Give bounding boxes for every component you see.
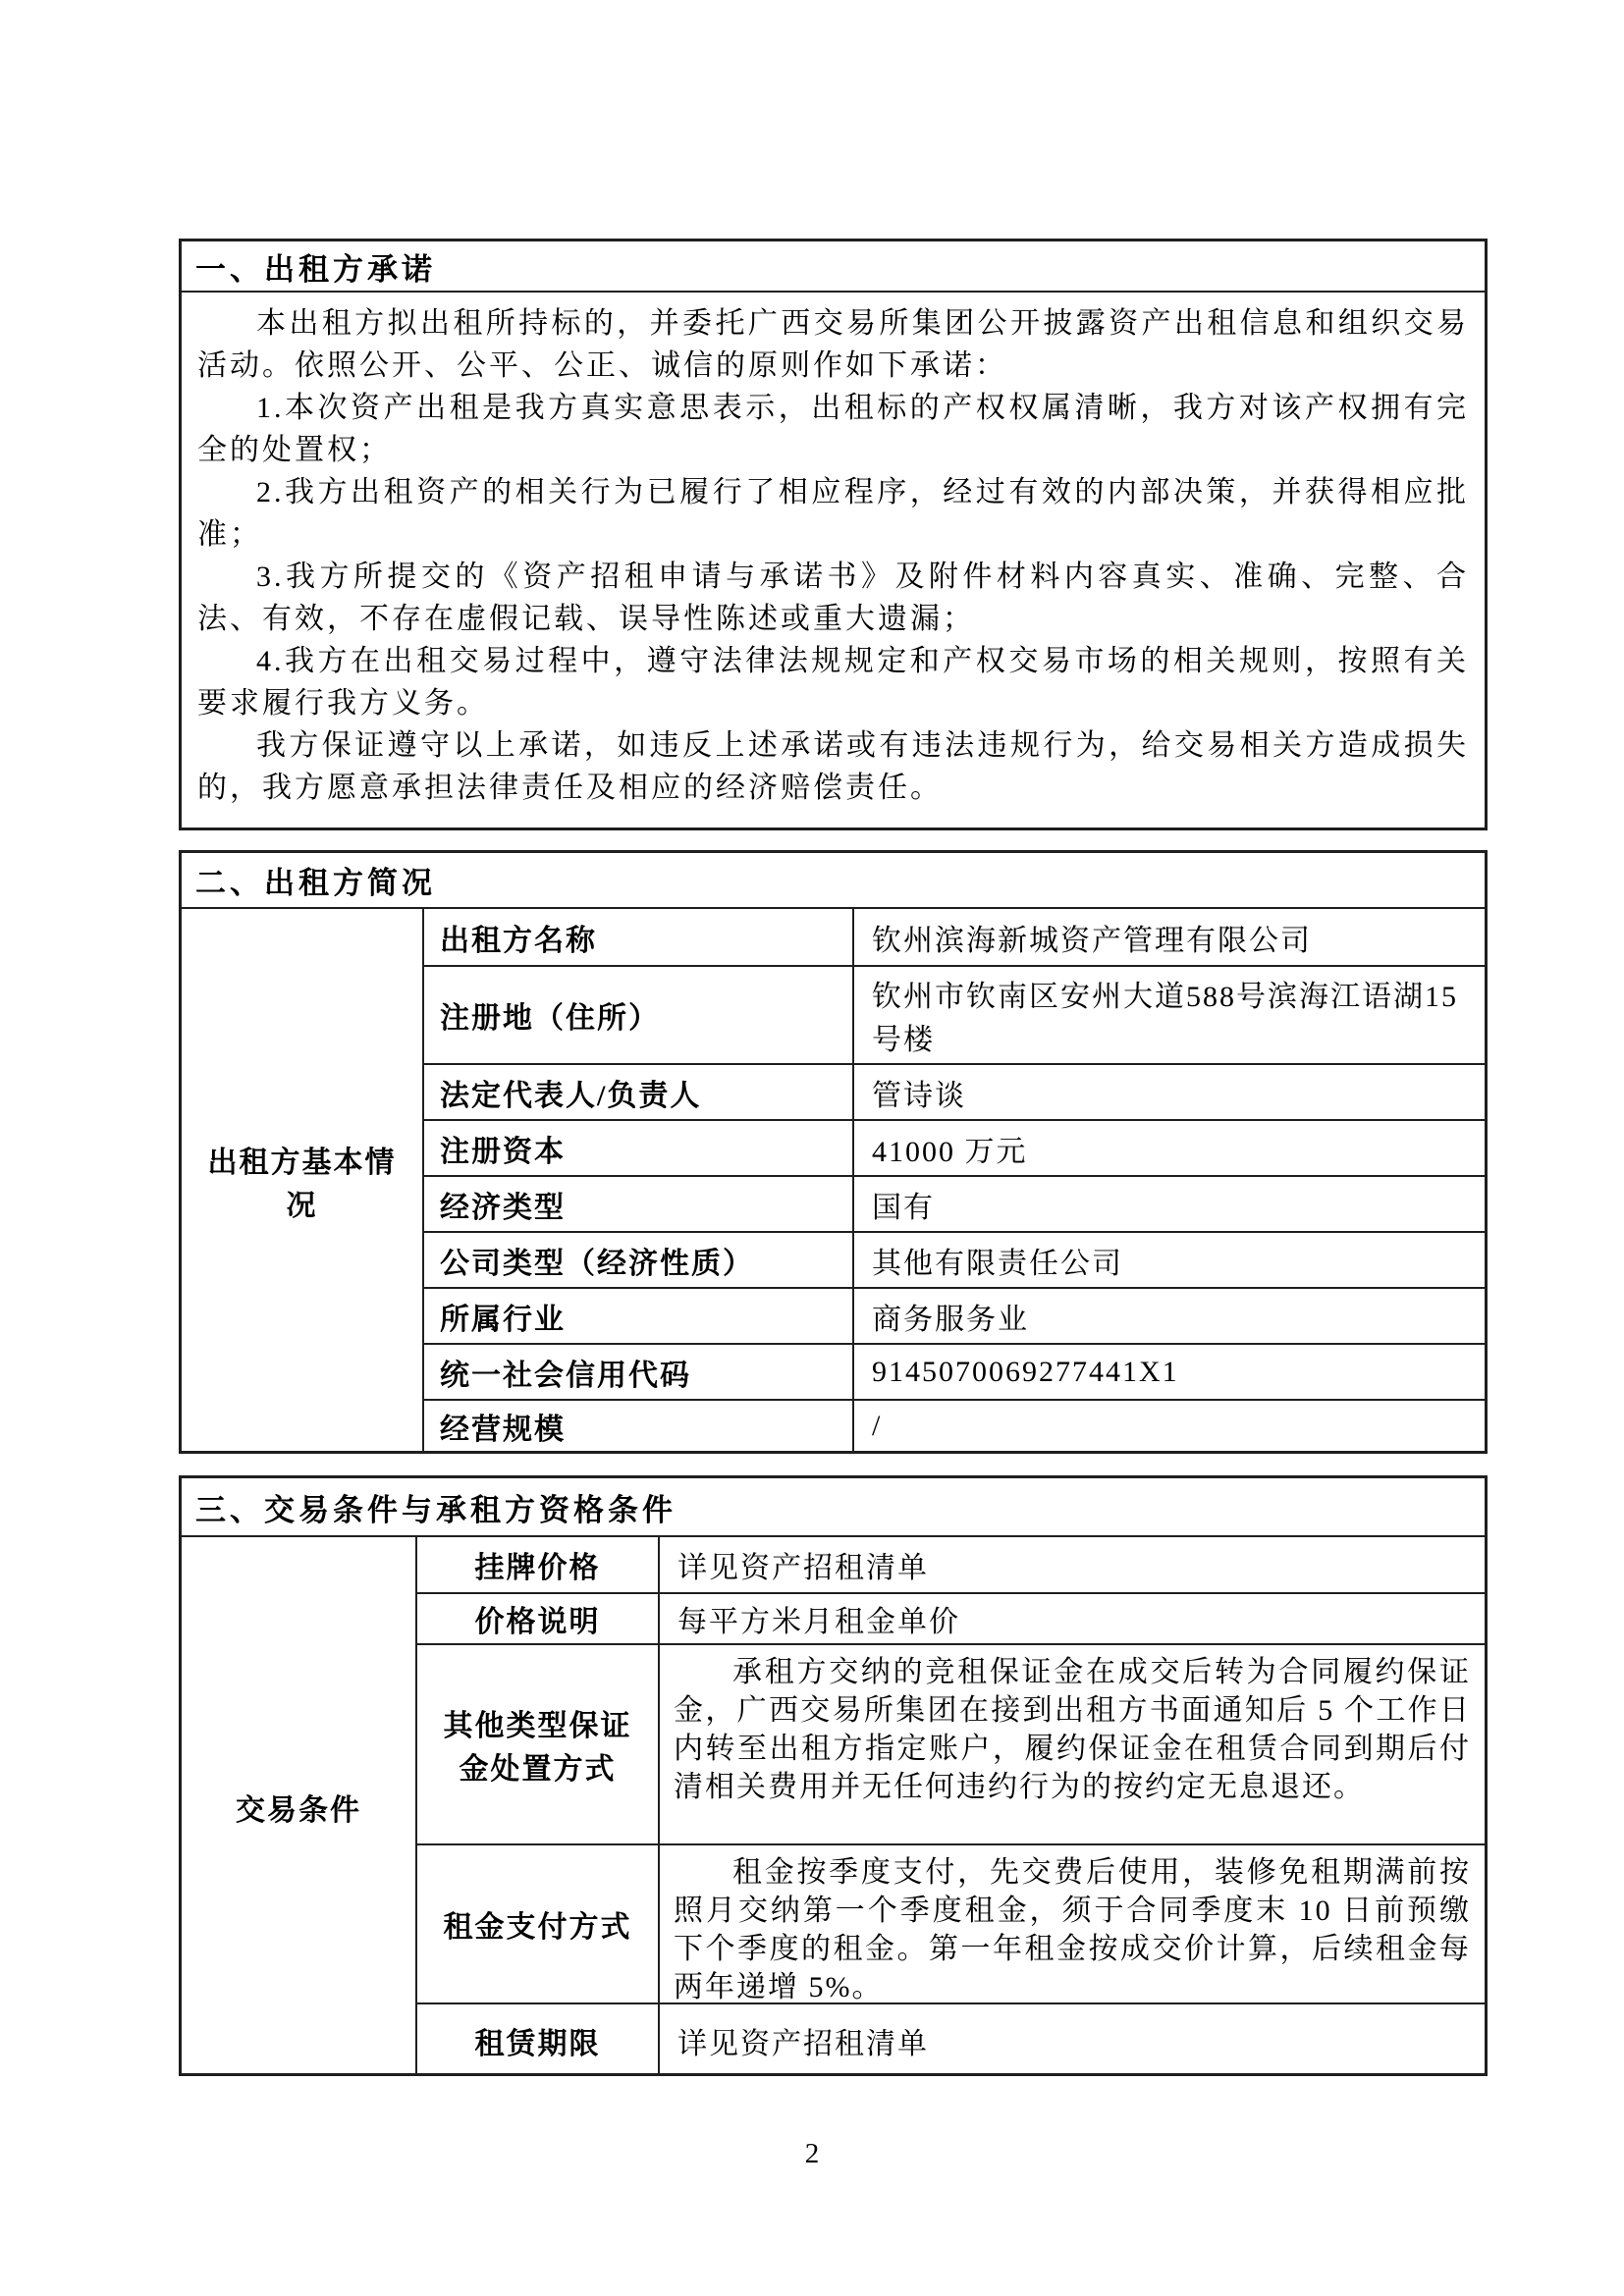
table-row-label: 挂牌价格 — [415, 1537, 658, 1592]
section1-title: 一、出租方承诺 — [182, 241, 1485, 293]
table-row-label: 经营规模 — [422, 1399, 852, 1452]
commitment-paragraph: 1.本次资产出租是我方真实意思表示，出租标的产权权属清晰，我方对该产权拥有完全的… — [197, 387, 1469, 471]
table-row-value: 9145070069277441X1 — [852, 1343, 1485, 1399]
table-row-label: 出租方名称 — [422, 909, 852, 965]
table-row-value: 租金按季度支付，先交费后使用，装修免租期满前按照月交纳第一个季度租金，须于合同季… — [658, 1843, 1485, 2002]
table-row-label: 注册地（住所） — [422, 965, 852, 1063]
commitment-text: 本出租方拟出租所持标的，并委托广西交易所集团公开披露资产出租信息和组织交易活动。… — [182, 293, 1485, 809]
transaction-conditions-table: 交易条件 挂牌价格 详见资产招租清单 价格说明 每平方米月租金单价 其他类型保证… — [182, 1537, 1485, 2076]
table-row-value: 管诗谈 — [852, 1063, 1485, 1119]
commitment-paragraph: 我方保证遵守以上承诺，如违反上述承诺或有违法违规行为，给交易相关方造成损失的，我… — [197, 724, 1469, 809]
lessor-profile-table: 出租方基本情况 出租方名称 钦州滨海新城资产管理有限公司 注册地（住所） 钦州市… — [182, 909, 1485, 1452]
transaction-conditions-section: 三、交易条件与承租方资格条件 交易条件 挂牌价格 详见资产招租清单 价格说明 每… — [179, 1475, 1488, 2076]
table-row-label: 注册资本 — [422, 1119, 852, 1175]
table-row-label: 公司类型（经济性质） — [422, 1231, 852, 1287]
table-row-value: 钦州滨海新城资产管理有限公司 — [852, 909, 1485, 965]
commitment-paragraph: 3.我方所提交的《资产招租申请与承诺书》及附件材料内容真实、准确、完整、合法、有… — [197, 556, 1469, 640]
section3-title: 三、交易条件与承租方资格条件 — [182, 1478, 1485, 1537]
table-row-label: 所属行业 — [422, 1287, 852, 1343]
page-number: 2 — [0, 2138, 1624, 2170]
table-row-value: 详见资产招租清单 — [658, 2002, 1485, 2076]
table-row-label: 租金支付方式 — [415, 1843, 658, 2002]
table-row-value: 其他有限责任公司 — [852, 1231, 1485, 1287]
table-row-value: 每平方米月租金单价 — [658, 1592, 1485, 1643]
commitment-paragraph: 4.我方在出租交易过程中，遵守法律法规规定和产权交易市场的相关规则，按照有关要求… — [197, 640, 1469, 724]
row-group-header: 交易条件 — [182, 1537, 415, 2076]
table-row-value: 详见资产招租清单 — [658, 1537, 1485, 1592]
table-row-label: 统一社会信用代码 — [422, 1343, 852, 1399]
table-row-value: / — [852, 1399, 1485, 1452]
table-row-label: 经济类型 — [422, 1175, 852, 1231]
table-row-label: 法定代表人/负责人 — [422, 1063, 852, 1119]
table-row-value: 41000 万元 — [852, 1119, 1485, 1175]
commitment-paragraph: 2.我方出租资产的相关行为已履行了相应程序，经过有效的内部决策，并获得相应批准； — [197, 471, 1469, 556]
table-row-value: 钦州市钦南区安州大道588号滨海江语湖15号楼 — [852, 965, 1485, 1063]
table-row-label: 其他类型保证金处置方式 — [415, 1643, 658, 1843]
lessor-commitment-section: 一、出租方承诺 本出租方拟出租所持标的，并委托广西交易所集团公开披露资产出租信息… — [179, 239, 1488, 830]
commitment-paragraph: 本出租方拟出租所持标的，并委托广西交易所集团公开披露资产出租信息和组织交易活动。… — [197, 302, 1469, 387]
row-group-header: 出租方基本情况 — [182, 909, 422, 1452]
table-row-value: 国有 — [852, 1175, 1485, 1231]
lessor-profile-section: 二、出租方简况 出租方基本情况 出租方名称 钦州滨海新城资产管理有限公司 注册地… — [179, 850, 1488, 1454]
table-row-label: 租赁期限 — [415, 2002, 658, 2076]
table-row-value: 商务服务业 — [852, 1287, 1485, 1343]
section2-title: 二、出租方简况 — [182, 853, 1485, 909]
table-row-value: 承租方交纳的竞租保证金在成交后转为合同履约保证金，广西交易所集团在接到出租方书面… — [658, 1643, 1485, 1843]
table-row-label: 价格说明 — [415, 1592, 658, 1643]
